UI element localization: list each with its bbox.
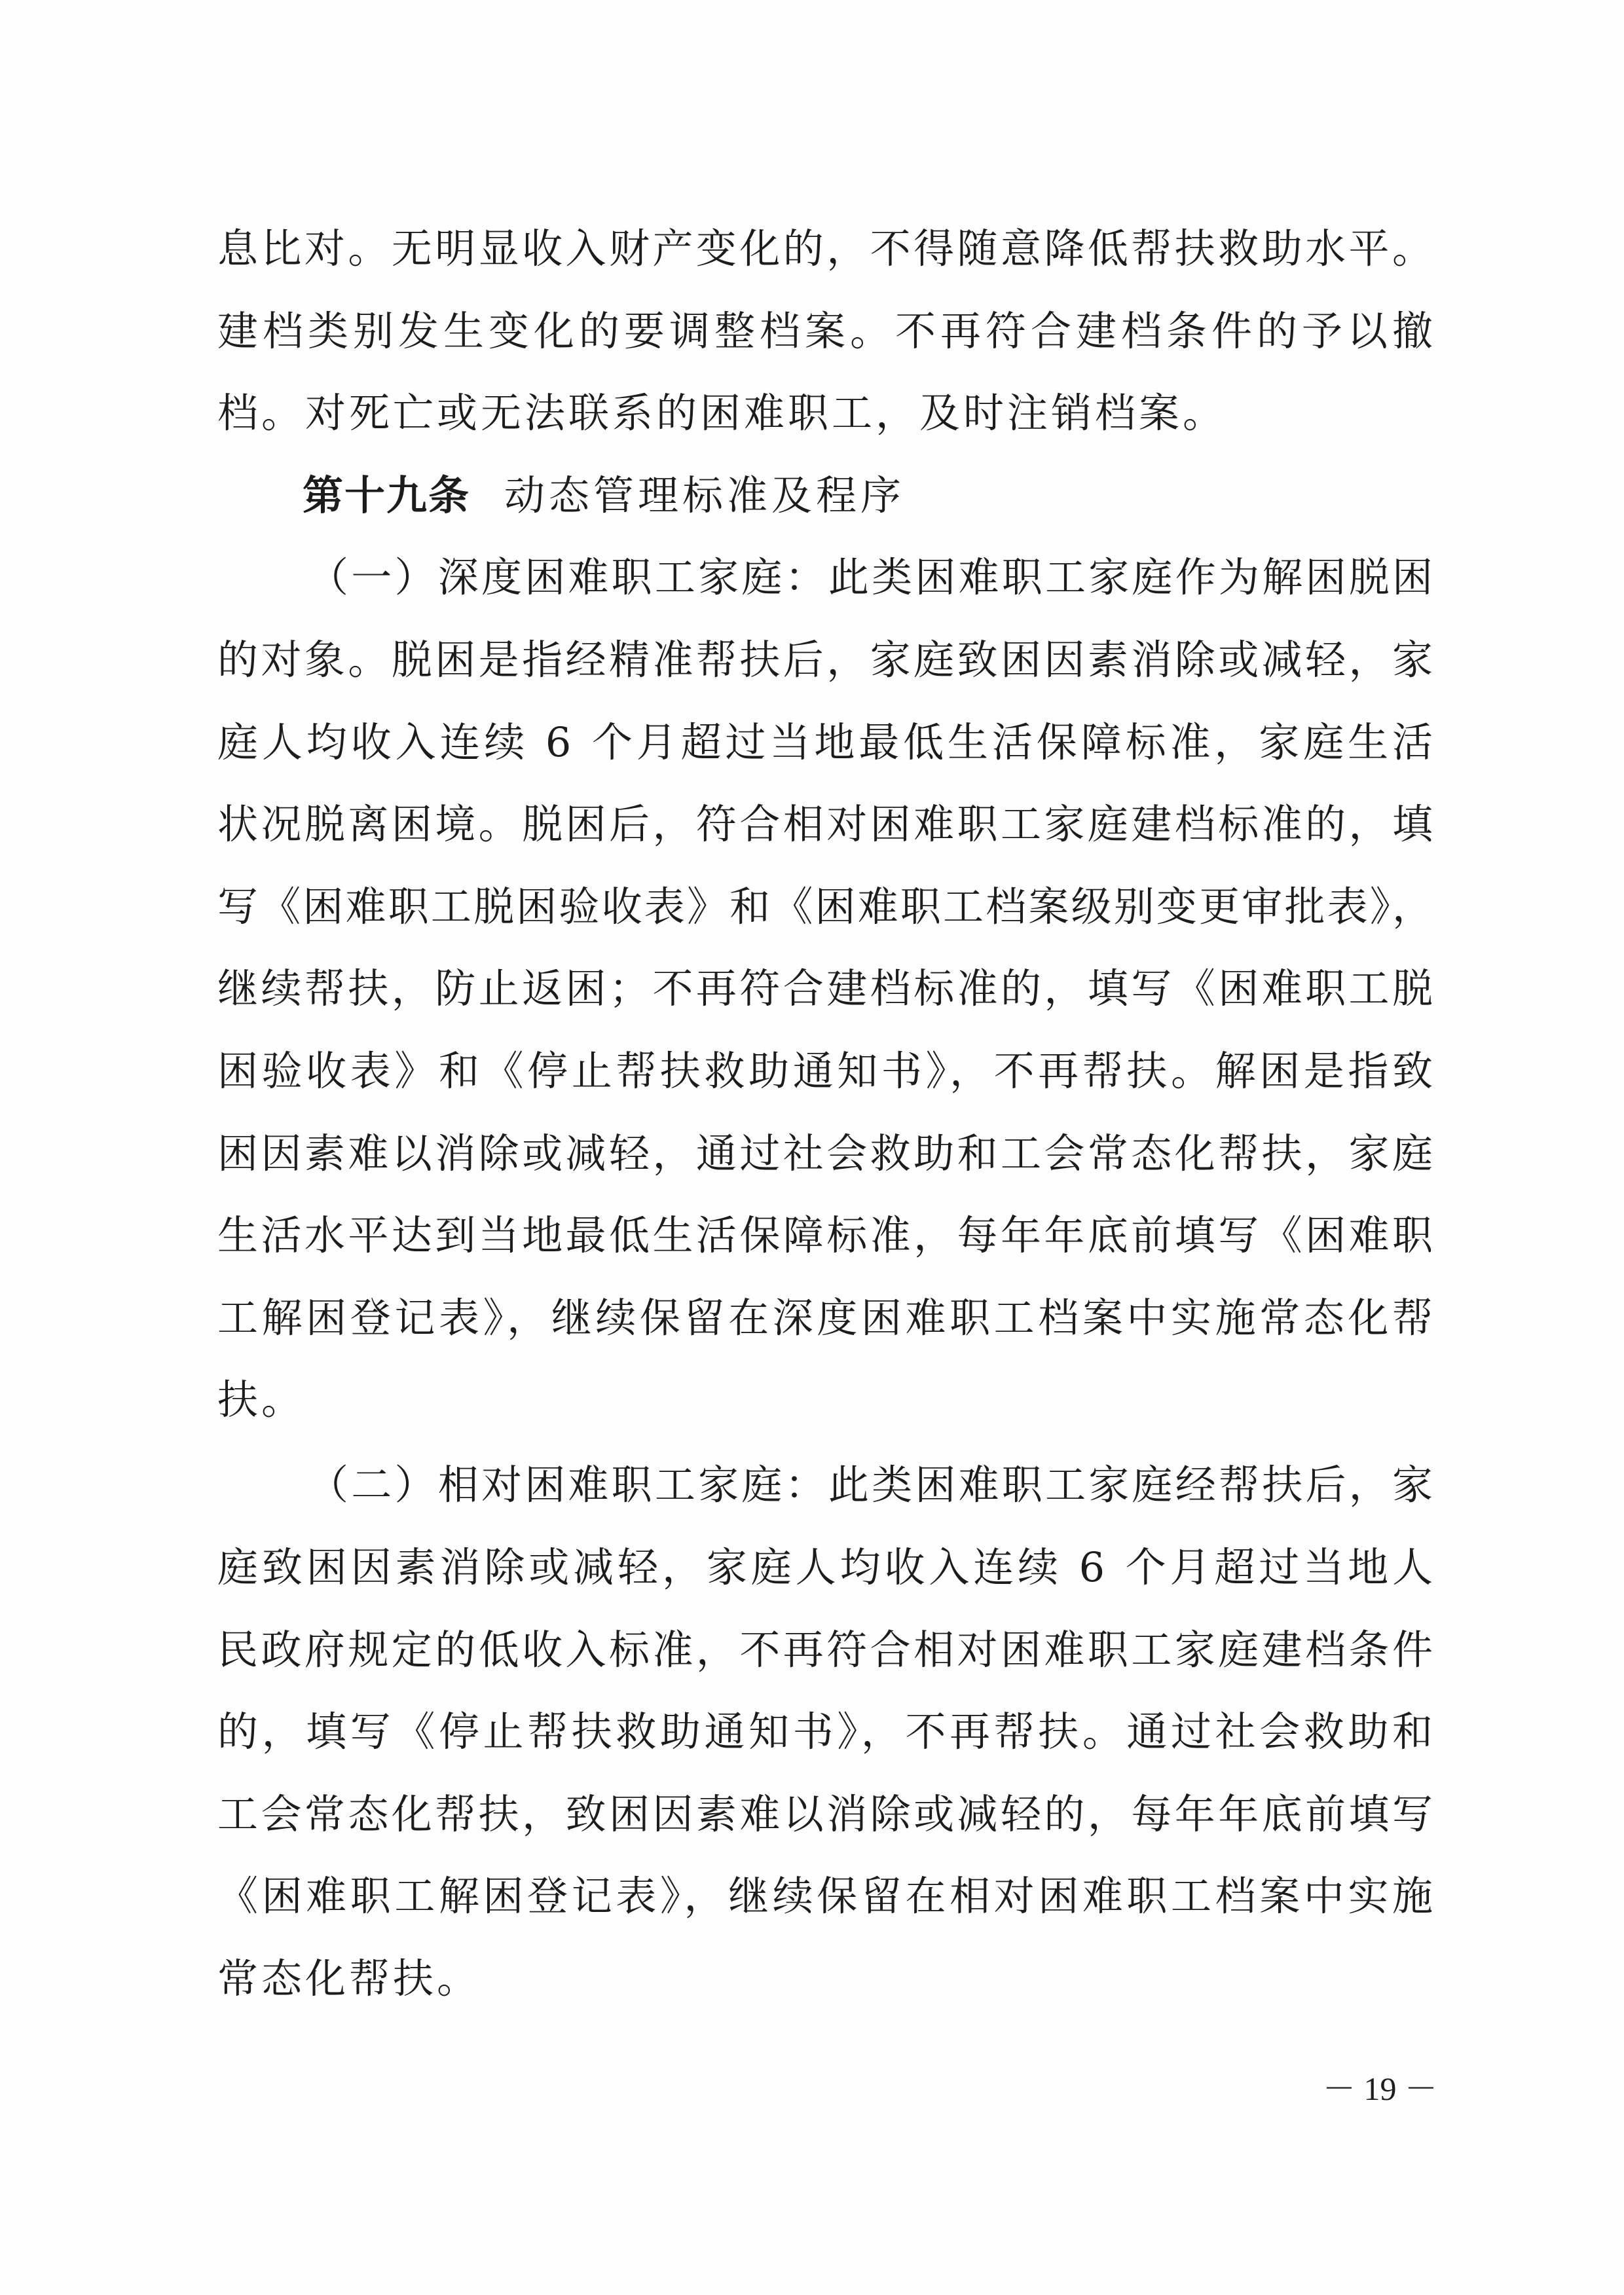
paragraph-line: 息比对。无明显收入财产变化的，不得随意降低帮扶救助水平。 [217, 223, 1433, 275]
article-number: 第十九条 [303, 471, 470, 519]
page-number: － 19 － [1313, 2069, 1437, 2108]
paragraph-line: 继续帮扶，防止返困；不再符合建档标准的，填写《困难职工脱 [217, 963, 1433, 1015]
paragraph-line: 的，填写《停止帮扶救助通知书》，不再帮扶。通过社会救助和 [217, 1706, 1433, 1758]
paragraph-line: 状况脱离困境。脱困后，符合相对困难职工家庭建档标准的，填 [217, 798, 1433, 851]
paragraph-line: 《困难职工解困登记表》，继续保留在相对困难职工档案中实施 [217, 1870, 1433, 1922]
article-heading: 第十九条动态管理标准及程序 [303, 469, 905, 522]
document-page: 息比对。无明显收入财产变化的，不得随意降低帮扶救助水平。 建档类别发生变化的要调… [0, 0, 1624, 2295]
paragraph-line: 写《困难职工脱困验收表》和《困难职工档案级别变更审批表》， [217, 881, 1433, 933]
paragraph-line: 工解困登记表》，继续保留在深度困难职工档案中实施常态化帮 [217, 1292, 1433, 1344]
article-title: 动态管理标准及程序 [504, 471, 905, 519]
paragraph-line: 民政府规定的低收入标准，不再符合相对困难职工家庭建档条件 [217, 1624, 1433, 1676]
paragraph-line: 困因素难以消除或减轻，通过社会救助和工会常态化帮扶，家庭 [217, 1128, 1433, 1180]
paragraph-line: 的对象。脱困是指经精准帮扶后，家庭致困因素消除或减轻，家 [217, 634, 1433, 686]
paragraph-line: （一）深度困难职工家庭：此类困难职工家庭作为解困脱困 [308, 551, 1433, 604]
paragraph-line: 常态化帮扶。 [217, 1953, 1433, 2005]
paragraph-line: 工会常态化帮扶，致困因素难以消除或减轻的，每年年底前填写 [217, 1788, 1433, 1841]
paragraph-line: （二）相对困难职工家庭：此类困难职工家庭经帮扶后，家 [308, 1459, 1433, 1511]
paragraph-line: 困验收表》和《停止帮扶救助通知书》，不再帮扶。解困是指致 [217, 1045, 1433, 1097]
paragraph-line: 庭人均收入连续 6 个月超过当地最低生活保障标准，家庭生活 [217, 716, 1433, 769]
paragraph-line: 生活水平达到当地最低生活保障标准，每年年底前填写《困难职 [217, 1209, 1433, 1262]
paragraph-line: 扶。 [217, 1374, 1433, 1426]
paragraph-line: 建档类别发生变化的要调整档案。不再符合建档条件的予以撤 [217, 305, 1433, 358]
paragraph-line: 档。对死亡或无法联系的困难职工，及时注销档案。 [217, 387, 1433, 439]
paragraph-line: 庭致困因素消除或减轻，家庭人均收入连续 6 个月超过当地人 [217, 1541, 1433, 1594]
